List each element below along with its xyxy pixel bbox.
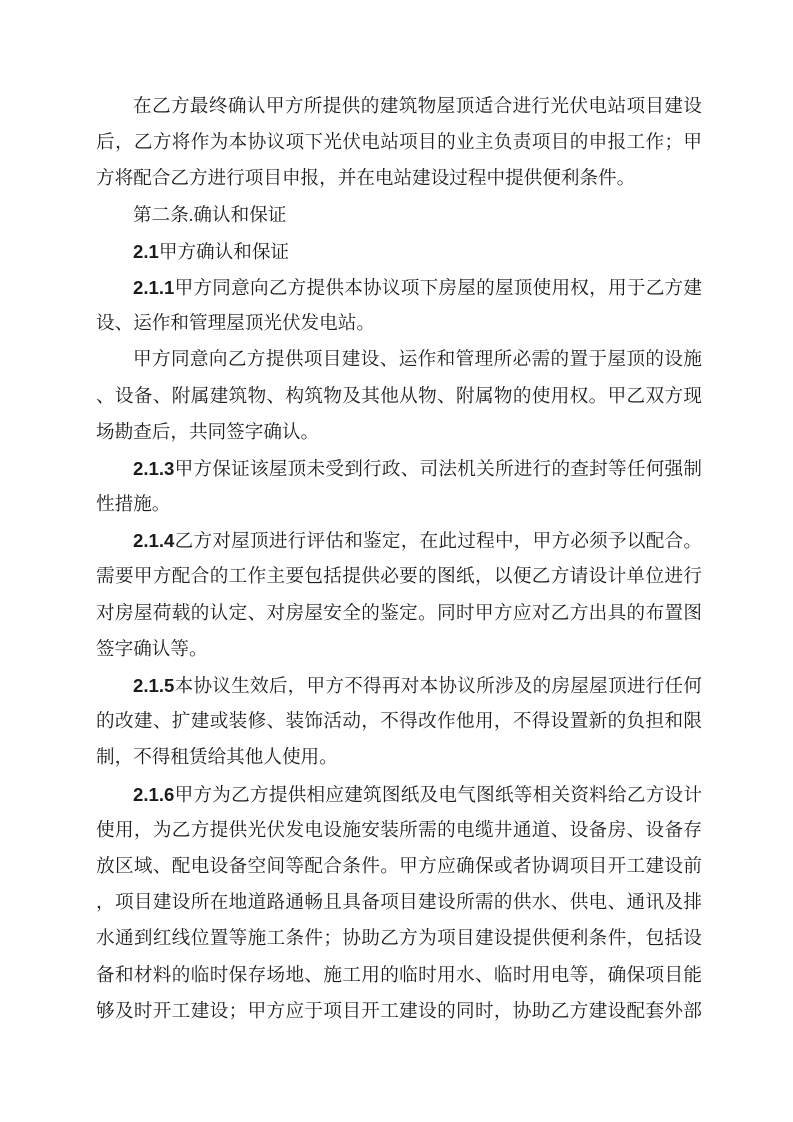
clause-number: 2.1.4 bbox=[133, 530, 174, 551]
text-line: 第二条.确认和保证 bbox=[96, 198, 702, 234]
line-text: 场勘查后，共同签字确认。 bbox=[96, 422, 319, 443]
line-text: 备和材料的临时保存场地、施工用的临时用水、临时用电等，确保项目能 bbox=[96, 965, 702, 986]
text-line: 放区域、配电设备空间等配合条件。甲方应确保或者协调项目开工建设前 bbox=[96, 849, 702, 885]
text-line: 备和材料的临时保存场地、施工用的临时用水、临时用电等，确保项目能 bbox=[96, 958, 702, 994]
line-text: 乙方对屋顶进行评估和鉴定，在此过程中，甲方必须予以配合。 bbox=[174, 531, 702, 552]
text-line: 设、运作和管理屋顶光伏发电站。 bbox=[96, 306, 702, 342]
line-text: 够及时开工建设；甲方应于项目开工建设的同时，协助乙方建设配套外部 bbox=[96, 1001, 702, 1022]
text-line: 甲方同意向乙方提供项目建设、运作和管理所必需的置于屋顶的设施 bbox=[96, 342, 702, 378]
text-line: 在乙方最终确认甲方所提供的建筑物屋顶适合进行光伏电站项目建设 bbox=[96, 89, 702, 125]
text-line: 2.1甲方确认和保证 bbox=[96, 234, 702, 270]
text-line: 2.1.4乙方对屋顶进行评估和鉴定，在此过程中，甲方必须予以配合。 bbox=[96, 523, 702, 559]
text-line: 2.1.5本协议生效后，甲方不得再对本协议所涉及的房屋屋顶进行任何 bbox=[96, 668, 702, 704]
clause-number: 2.1.6 bbox=[133, 784, 174, 805]
clause-number: 2.1 bbox=[133, 241, 159, 262]
text-line: 够及时开工建设；甲方应于项目开工建设的同时，协助乙方建设配套外部 bbox=[96, 994, 702, 1030]
text-line: 、设备、附属建筑物、构筑物及其他从物、附属物的使用权。甲乙双方现 bbox=[96, 379, 702, 415]
clause-number: 2.1.3 bbox=[133, 458, 174, 479]
text-line: 方将配合乙方进行项目申报，并在电站建设过程中提供便利条件。 bbox=[96, 161, 702, 197]
text-line: 制，不得租赁给其他人使用。 bbox=[96, 740, 702, 776]
line-text: 后，乙方将作为本协议项下光伏电站项目的业主负责项目的申报工作；甲 bbox=[96, 132, 702, 153]
document-page: 在乙方最终确认甲方所提供的建筑物屋顶适合进行光伏电站项目建设后，乙方将作为本协议… bbox=[0, 0, 793, 1122]
line-text: 第二条.确认和保证 bbox=[133, 205, 286, 226]
text-line: 2.1.1甲方同意向乙方提供本协议项下房屋的屋顶使用权，用于乙方建 bbox=[96, 270, 702, 306]
line-text: 使用，为乙方提供光伏发电设施安装所需的电缆井通道、设备房、设备存 bbox=[96, 820, 702, 841]
line-text: 在乙方最终确认甲方所提供的建筑物屋顶适合进行光伏电站项目建设 bbox=[133, 96, 702, 117]
line-text: 本协议生效后，甲方不得再对本协议所涉及的房屋屋顶进行任何 bbox=[174, 676, 702, 697]
text-line: 签字确认等。 bbox=[96, 632, 702, 668]
text-line: 水通到红线位置等施工条件；协助乙方为项目建设提供便利条件，包括设 bbox=[96, 921, 702, 957]
line-text: 对房屋荷载的认定、对房屋安全的鉴定。同时甲方应对乙方出具的布置图 bbox=[96, 603, 702, 624]
line-text: 的改建、扩建或装修、装饰活动，不得改作他用，不得设置新的负担和限 bbox=[96, 711, 702, 732]
text-line: 需要甲方配合的工作主要包括提供必要的图纸，以便乙方请设计单位进行 bbox=[96, 559, 702, 595]
text-line: 性措施。 bbox=[96, 487, 702, 523]
line-text: 性措施。 bbox=[96, 494, 170, 515]
line-text: 水通到红线位置等施工条件；协助乙方为项目建设提供便利条件，包括设 bbox=[96, 928, 702, 949]
line-text: 甲方同意向乙方提供本协议项下房屋的屋顶使用权，用于乙方建 bbox=[174, 278, 702, 299]
text-line: 2.1.6甲方为乙方提供相应建筑图纸及电气图纸等相关资料给乙方设计 bbox=[96, 777, 702, 813]
line-text: 放区域、配电设备空间等配合条件。甲方应确保或者协调项目开工建设前 bbox=[96, 856, 702, 877]
line-text: 、设备、附属建筑物、构筑物及其他从物、附属物的使用权。甲乙双方现 bbox=[96, 386, 702, 407]
line-text: 方将配合乙方进行项目申报，并在电站建设过程中提供便利条件。 bbox=[96, 168, 635, 189]
line-text: 甲方为乙方提供相应建筑图纸及电气图纸等相关资料给乙方设计 bbox=[174, 785, 702, 806]
text-line: 场勘查后，共同签字确认。 bbox=[96, 415, 702, 451]
line-text: 甲方保证该屋顶未受到行政、司法机关所进行的查封等任何强制 bbox=[174, 459, 702, 480]
line-text: 甲方同意向乙方提供项目建设、运作和管理所必需的置于屋顶的设施 bbox=[133, 349, 702, 370]
line-text: 设、运作和管理屋顶光伏发电站。 bbox=[96, 313, 375, 334]
text-line: ，项目建设所在地道路通畅且具备项目建设所需的供水、供电、通讯及排 bbox=[96, 885, 702, 921]
text-line: 对房屋荷载的认定、对房屋安全的鉴定。同时甲方应对乙方出具的布置图 bbox=[96, 596, 702, 632]
contract-text-block: 在乙方最终确认甲方所提供的建筑物屋顶适合进行光伏电站项目建设后，乙方将作为本协议… bbox=[96, 89, 702, 1030]
line-text: 制，不得租赁给其他人使用。 bbox=[96, 747, 338, 768]
clause-number: 2.1.1 bbox=[133, 277, 174, 298]
line-text: 签字确认等。 bbox=[96, 639, 208, 660]
text-line: 使用，为乙方提供光伏发电设施安装所需的电缆井通道、设备房、设备存 bbox=[96, 813, 702, 849]
text-line: 的改建、扩建或装修、装饰活动，不得改作他用，不得设置新的负担和限 bbox=[96, 704, 702, 740]
text-line: 2.1.3甲方保证该屋顶未受到行政、司法机关所进行的查封等任何强制 bbox=[96, 451, 702, 487]
text-line: 后，乙方将作为本协议项下光伏电站项目的业主负责项目的申报工作；甲 bbox=[96, 125, 702, 161]
clause-number: 2.1.5 bbox=[133, 675, 174, 696]
line-text: 需要甲方配合的工作主要包括提供必要的图纸，以便乙方请设计单位进行 bbox=[96, 566, 702, 587]
line-text: ，项目建设所在地道路通畅且具备项目建设所需的供水、供电、通讯及排 bbox=[96, 892, 702, 913]
line-text: 甲方确认和保证 bbox=[159, 242, 289, 263]
